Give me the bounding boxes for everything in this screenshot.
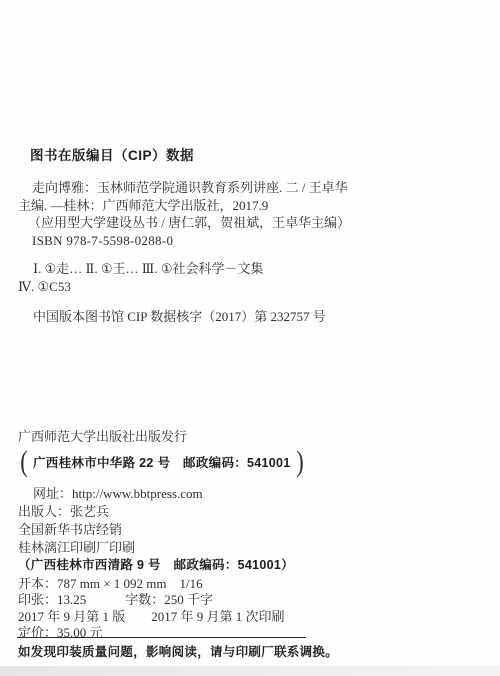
cip-series-line: （应用型大学建设丛书 / 唐仁郭，贺祖斌，王卓华主编） <box>28 215 350 231</box>
publisher-person-line: 出版人：张艺兵 <box>18 504 109 520</box>
distribution-line: 全国新华书店经销 <box>18 522 122 538</box>
book-copyright-page: 图书在版编目（CIP）数据 走向博雅：玉林师范学院通识教育系列讲座. 二 / 王… <box>0 0 500 676</box>
quality-notice-line: 如发现印装质量问题，影响阅读，请与印刷厂联系调换。 <box>18 644 338 660</box>
close-paren-glyph: ) <box>296 448 304 476</box>
publisher-address-block: ( 广西桂林市中华路 22 号 邮政编码：541001 ) <box>19 448 305 476</box>
cip-editor-line: 主编. —桂林：广西师范大学出版社，2017.9 <box>18 198 268 214</box>
isbn-line: ISBN 978-7-5598-0288-0 <box>32 233 173 249</box>
publisher-line: 广西师范大学出版社出版发行 <box>18 429 187 445</box>
scan-edge-strip <box>0 666 500 676</box>
printer-address-line: （广西桂林市西清路 9 号 邮政编码：541001） <box>18 557 294 573</box>
cip-registry-line: 中国版本图书馆 CIP 数据核字（2017）第 232757 号 <box>33 309 326 325</box>
sheets-wordcount-line: 印张：13.25 字数：250 千字 <box>18 592 213 608</box>
classification-line-1: Ⅰ. ①走… Ⅱ. ①王… Ⅲ. ①社会科学－文集 <box>33 261 263 277</box>
format-line: 开本：787 mm × 1 092 mm 1/16 <box>18 576 203 592</box>
printing-line: 桂林漓江印刷厂印刷 <box>18 540 135 556</box>
edition-printing-line: 2017 年 9 月第 1 版 2017 年 9 月第 1 次印刷 <box>18 609 285 625</box>
cip-heading: 图书在版编目（CIP）数据 <box>30 148 194 164</box>
notice-divider-rule <box>17 637 306 638</box>
cip-title-line: 走向博雅：玉林师范学院通识教育系列讲座. 二 / 王卓华 <box>32 180 348 196</box>
price-line: 定价：35.00 元 <box>18 625 103 641</box>
classification-line-2: Ⅳ. ①C53 <box>18 279 71 295</box>
publisher-address-text: 广西桂林市中华路 22 号 邮政编码：541001 <box>33 453 291 471</box>
open-paren-glyph: ( <box>20 448 28 476</box>
website-line: 网址：http://www.bbtpress.com <box>33 486 203 502</box>
